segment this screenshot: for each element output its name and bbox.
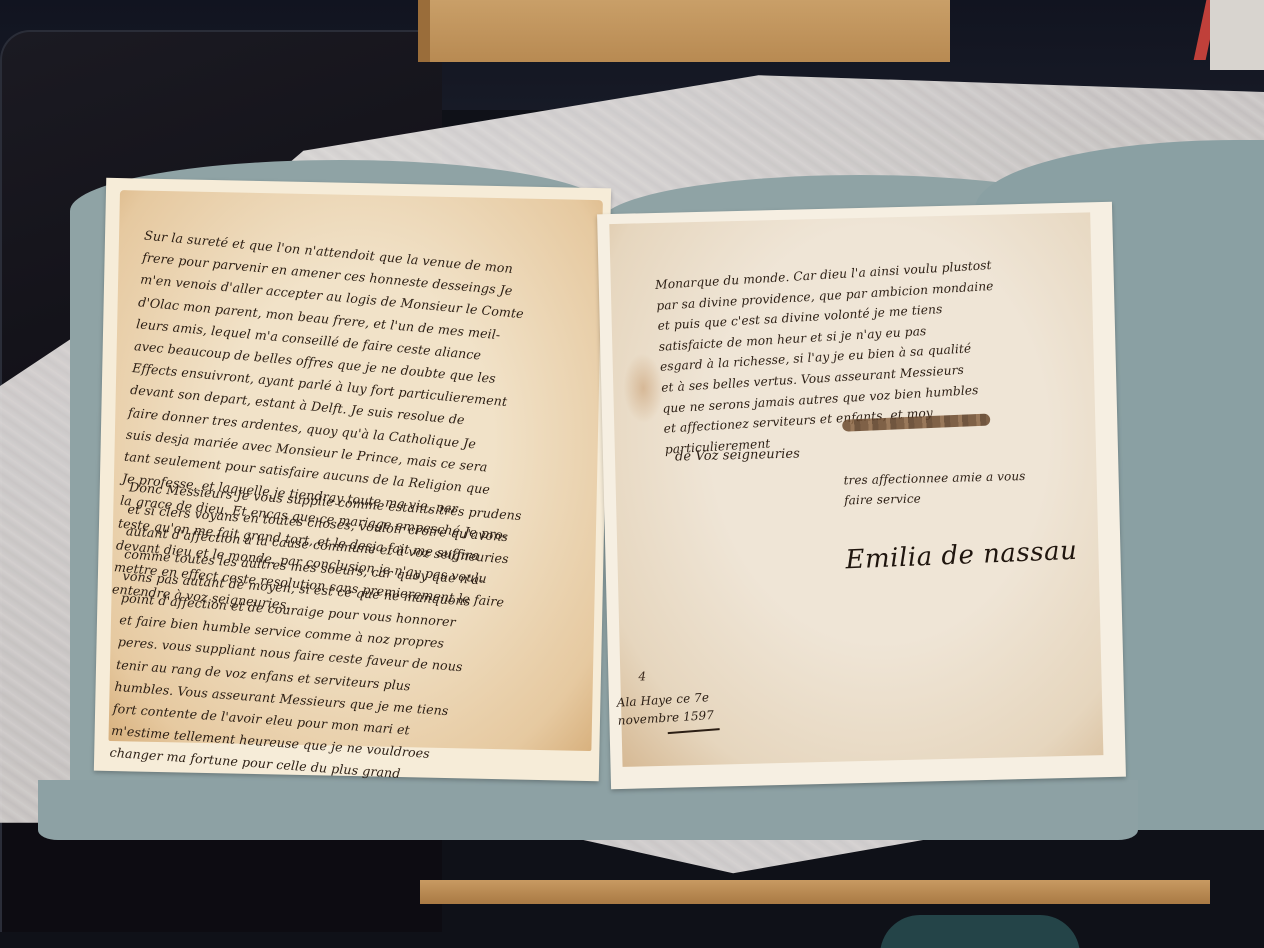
folder-bottom-edge (38, 780, 1138, 840)
water-stain (622, 353, 664, 424)
letter-page-left: Sur la sureté et que l'on n'attendoit qu… (94, 178, 611, 781)
right-paragraph-1: Monarque du monde. Car dieu l'a ainsi vo… (655, 255, 1003, 460)
folio-number: 4 (638, 669, 646, 683)
cardboard-box-top (418, 0, 950, 62)
left-paragraph-2: Donc Messieurs Je vous supplie comme est… (109, 476, 522, 793)
place-date-line: Ala Haye ce 7e novembre 1597 (616, 688, 714, 730)
cardboard-box-edge (420, 880, 1210, 904)
letter-page-right: Monarque du monde. Car dieu l'a ainsi vo… (597, 202, 1126, 789)
white-board-corner (1210, 0, 1264, 70)
closing-formula: de Voz seigneuries (675, 443, 800, 468)
courtesy-formula: tres affectionnee amie a vous faire serv… (843, 466, 1026, 510)
photo-scene: Sur la sureté et que l'on n'attendoit qu… (0, 0, 1264, 948)
teal-cloth (880, 915, 1080, 948)
